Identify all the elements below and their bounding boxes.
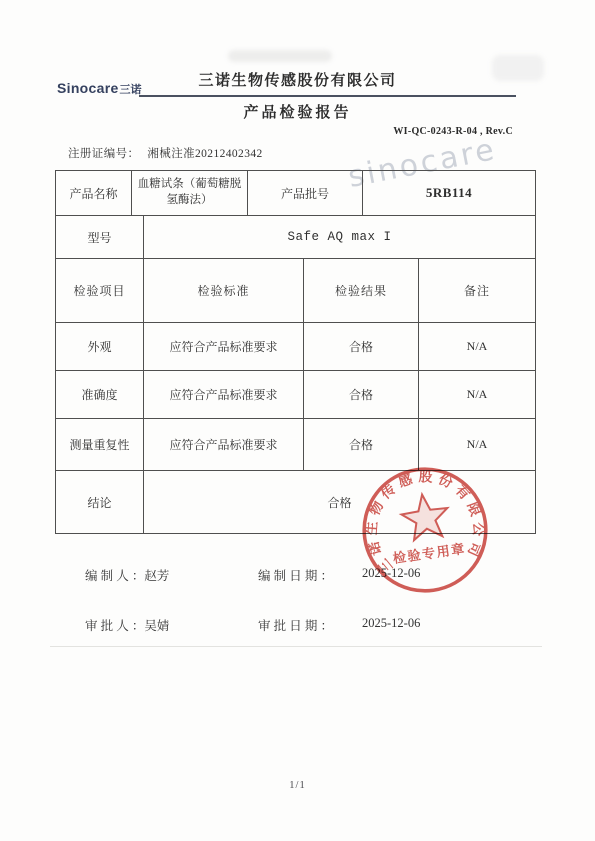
cell-standard: 应符合产品标准要求 [144, 371, 304, 419]
approver-label-text: 审 批 人 ： [85, 619, 144, 633]
table-section-items: 检验项目 检验标准 检验结果 备注 外观 应符合产品标准要求 合格 N/A 准确… [55, 258, 536, 471]
document-page: Sinocare三诺 三诺生物传感股份有限公司 产品检验报告 WI-QC-024… [0, 0, 595, 841]
cell-result: 合格 [304, 323, 419, 371]
maker-date-label: 编 制 日 期 ： [258, 566, 333, 584]
col-header-remark: 备注 [419, 259, 536, 323]
table-row: 产品名称 血糖试条（葡萄糖脱氢酶法） 产品批号 5RB114 [56, 171, 536, 216]
cell-product-name-label: 产品名称 [56, 171, 132, 216]
cell-batch-label: 产品批号 [248, 171, 363, 216]
maker-name: 赵芳 [144, 569, 169, 583]
page-number: 1/1 [0, 780, 595, 791]
cell-result: 合格 [304, 371, 419, 419]
cell-product-name-value: 血糖试条（葡萄糖脱氢酶法） [132, 171, 248, 216]
cell-model-label: 型号 [56, 216, 144, 259]
cell-remark: N/A [419, 323, 536, 371]
cell-batch-value: 5RB114 [363, 171, 536, 216]
doc-code: WI-QC-0243-R-04 , Rev.C [393, 126, 513, 137]
cell-conclusion-label: 结论 [56, 471, 144, 534]
table-row: 准确度 应符合产品标准要求 合格 N/A [56, 371, 536, 419]
scan-artifact-line [50, 646, 542, 647]
col-header-item: 检验项目 [56, 259, 144, 323]
inspection-stamp: 三诺生物传感股份有限公司 检验专用章 [339, 444, 511, 616]
table-row: 外观 应符合产品标准要求 合格 N/A [56, 323, 536, 371]
approver-label: 审 批 人 ：吴婧 [85, 616, 169, 634]
cell-remark: N/A [419, 371, 536, 419]
table-section-product: 产品名称 血糖试条（葡萄糖脱氢酶法） 产品批号 5RB114 [55, 170, 536, 216]
report-title: 产品检验报告 [0, 101, 595, 122]
cell-model-value: Safe AQ max I [144, 216, 536, 259]
cell-standard: 应符合产品标准要求 [144, 419, 304, 471]
company-name: 三诺生物传感股份有限公司 [0, 69, 595, 90]
registration-line: 注册证编号：湘械注准20212402342 [68, 145, 263, 161]
maker-label-text: 编 制 人 ： [85, 569, 144, 583]
table-row: 型号 Safe AQ max I [56, 216, 536, 259]
cell-item: 外观 [56, 323, 144, 371]
maker-label: 编 制 人 ：赵芳 [85, 566, 169, 584]
col-header-standard: 检验标准 [144, 259, 304, 323]
cell-item: 测量重复性 [56, 419, 144, 471]
star-icon [399, 491, 451, 541]
table-header-row: 检验项目 检验标准 检验结果 备注 [56, 259, 536, 323]
approver-name: 吴婧 [144, 619, 169, 633]
registration-number: 湘械注准20212402342 [147, 148, 262, 160]
cell-standard: 应符合产品标准要求 [144, 323, 304, 371]
stamp-bottom-text: 检验专用章 [392, 540, 467, 566]
registration-label: 注册证编号： [68, 148, 139, 160]
scan-smudge [228, 50, 332, 62]
col-header-result: 检验结果 [304, 259, 419, 323]
header-underline [139, 95, 516, 97]
table-section-model: 型号 Safe AQ max I [55, 215, 536, 259]
approver-date-label: 审 批 日 期 ： [258, 616, 333, 634]
approver-date-value: 2025-12-06 [362, 616, 420, 631]
cell-item: 准确度 [56, 371, 144, 419]
